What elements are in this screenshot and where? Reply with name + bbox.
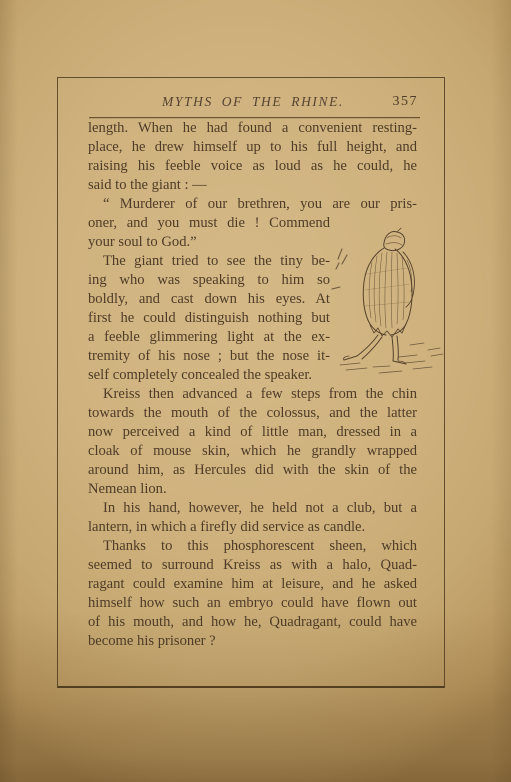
text-line: your soul to God.” [88, 233, 330, 252]
text-block: length. When he had found a convenient r… [88, 119, 418, 651]
text-line: himself how such an embryo could have fl… [88, 594, 417, 613]
text-line: cloak of mouse skin, which he grandly wr… [88, 442, 417, 461]
text-line: first he could distinguish nothing but [88, 309, 330, 328]
text-line: around him, as Hercules did with the ski… [88, 461, 417, 480]
text-line: a feeble glimmering light at the ex- [88, 328, 330, 347]
text-line: oner, and you must die ! Commend [88, 214, 330, 233]
text-line: Nemean lion. [88, 480, 417, 499]
text-line: towards the mouth of the colossus, and t… [88, 404, 417, 423]
text-line: now perceived a kind of little man, dres… [88, 423, 417, 442]
page-header: MYTHS OF THE RHINE. 357 [88, 94, 418, 112]
text-line: Thanks to this phosphorescent sheen, whi… [88, 537, 417, 556]
text-line: ragant could examine him at leisure, and… [88, 575, 417, 594]
text-line: tremity of his nose ; but the nose it- [88, 347, 330, 366]
text-line: of his mouth, and how he, Quadragant, co… [88, 613, 417, 632]
hooded-man-walking-sketch-illustration [331, 226, 445, 378]
text-line: Kreiss then advanced a few steps from th… [88, 385, 417, 404]
text-line: raising his feeble voice as loud as he c… [88, 157, 417, 176]
text-line: lantern, in which a firefly did service … [88, 518, 417, 537]
text-line: length. When he had found a convenient r… [88, 119, 417, 138]
page-number: 357 [393, 94, 419, 110]
text-line: become his prisoner ? [88, 632, 417, 651]
text-line: self completely concealed the speaker. [88, 366, 330, 385]
text-line: boldly, and cast down his eyes. At [88, 290, 330, 309]
running-title: MYTHS OF THE RHINE. [88, 94, 418, 110]
text-line: ing who was speaking to him so [88, 271, 330, 290]
book-page-photo: MYTHS OF THE RHINE. 357 length. When he … [0, 0, 511, 782]
text-line: The giant tried to see the tiny be- [88, 252, 330, 271]
text-line: place, he drew himself up to his full he… [88, 138, 417, 157]
text-line: seemed to surround Kreiss as with a halo… [88, 556, 417, 575]
text-line: In his hand, however, he held not a club… [88, 499, 417, 518]
header-rule [89, 117, 420, 118]
text-line: “ Murderer of our brethren, you are our … [88, 195, 417, 214]
text-line: said to the giant : — [88, 176, 417, 195]
